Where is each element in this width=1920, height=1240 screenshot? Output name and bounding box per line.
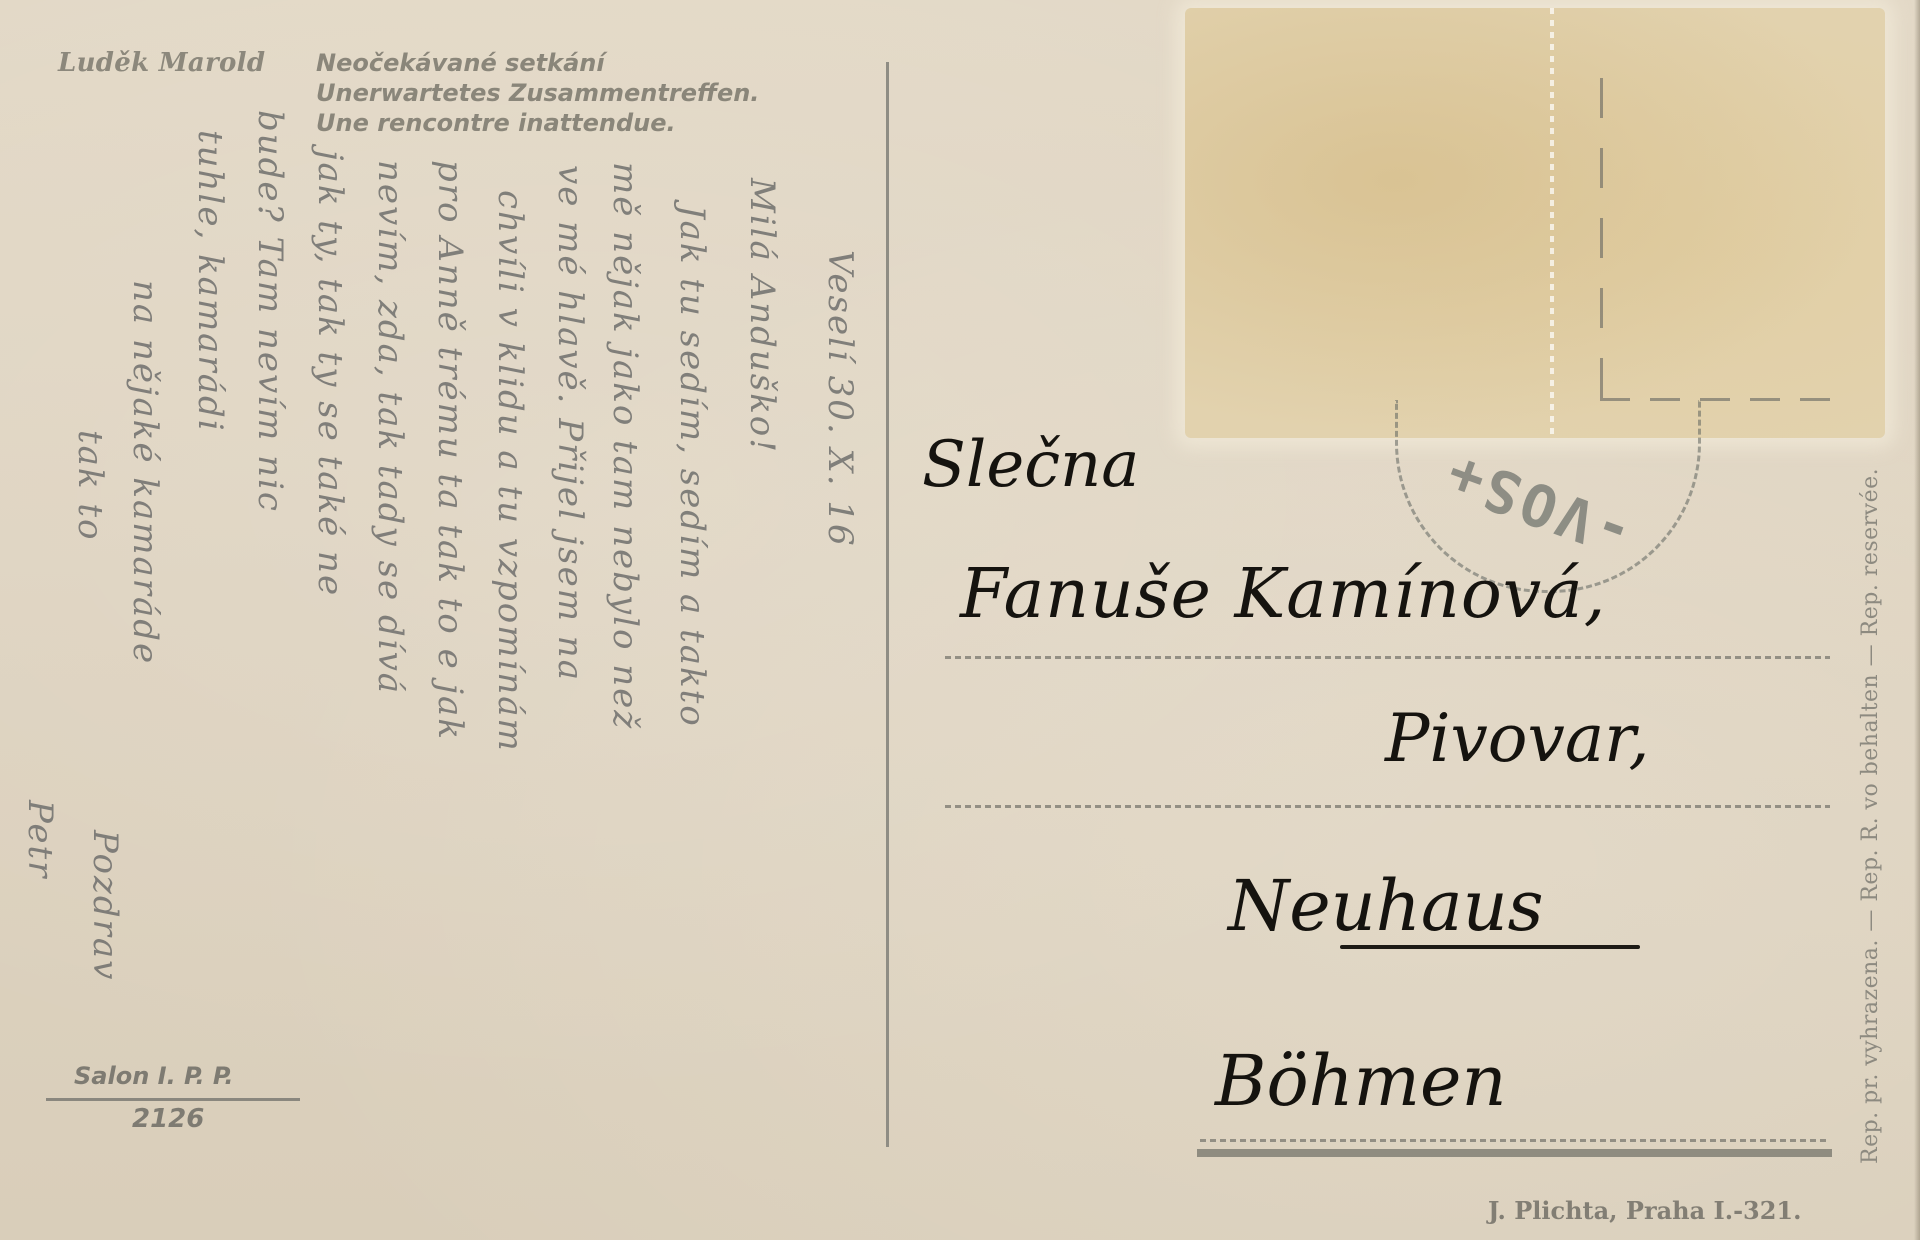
address-name: Fanuše Kamínová, — [960, 555, 1606, 634]
address-line2: Pivovar, — [1385, 700, 1649, 777]
address-city: Neuhaus — [1228, 865, 1544, 947]
message-line: bude? Tam nevím nic — [250, 110, 290, 513]
message-line: Milá Anduško! — [742, 178, 782, 454]
artwork-titles: Neočekávané setkání Unerwartetes Zusamme… — [316, 48, 759, 138]
title-french: Une rencontre inattendue. — [316, 108, 759, 138]
message-line: ve mé hlavě. Přijel jsem na — [550, 165, 590, 682]
address-dotted-line — [1200, 1139, 1830, 1142]
address-salutation: Slečna — [922, 428, 1139, 502]
imprint-rule — [46, 1098, 300, 1101]
imprint-number: 2126 — [132, 1104, 204, 1134]
address-dotted-line — [945, 805, 1830, 808]
stamp-perforation — [1550, 8, 1554, 438]
postcard: Luděk Marold Neočekávané setkání Unerwar… — [0, 0, 1920, 1240]
message-line: jak ty, tak ty se také ne — [310, 150, 350, 597]
address-region: Böhmen — [1215, 1040, 1507, 1122]
address-bottom-rule — [1197, 1149, 1832, 1157]
artist-name: Luděk Marold — [58, 48, 265, 78]
publisher-imprint: J. Plichta, Praha I.-321. — [1488, 1196, 1802, 1225]
title-czech: Neočekávané setkání — [316, 48, 759, 78]
message-place-date: Veselí 30. X. 16 — [820, 250, 860, 548]
stamp-residue — [1185, 8, 1885, 438]
message-line: tak to — [70, 430, 110, 541]
city-underline — [1340, 945, 1640, 949]
message-line: na nějaké kamaráde — [125, 280, 165, 665]
address-dotted-line — [945, 656, 1830, 659]
message-line: chvíli v klidu a tu vzpomínám — [490, 190, 530, 753]
message-signature: Petr — [20, 800, 60, 879]
message-greeting: Pozdrav — [85, 830, 125, 981]
message-line: nevím, zda, tak tady se dívá — [370, 160, 410, 695]
message-line: pro Anně trému ta tak to e jak — [430, 160, 470, 741]
title-german: Unerwartetes Zusammentreffen. — [316, 78, 759, 108]
rights-notice: Rep. pr. vyhrazena. — Rep. R. vo behalte… — [1858, 468, 1883, 1164]
salon-imprint: Salon I. P. P. — [74, 1062, 233, 1090]
message-line: tuhle, kamarádi — [190, 130, 230, 433]
message-line: Jak tu sedím, sedím a takto — [672, 205, 712, 728]
center-divider — [886, 62, 889, 1147]
stamp-mark — [1600, 78, 1603, 408]
message-line: mě nějak jako tam nebylo než — [605, 162, 645, 730]
